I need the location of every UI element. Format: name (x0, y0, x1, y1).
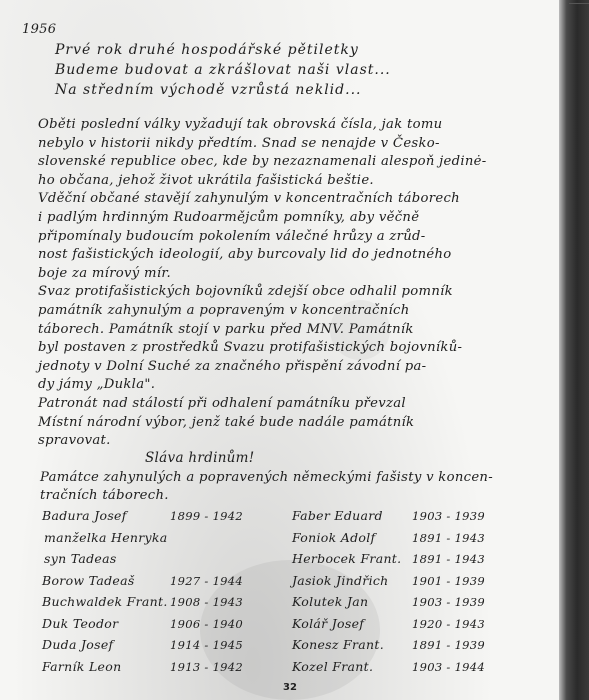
victim-years: 1891 - 1943 (412, 531, 485, 545)
paragraph-line: Svaz protifašistických bojovníků zdejší … (38, 284, 453, 299)
victim-years: 1891 - 1943 (412, 552, 485, 566)
chronicle-page: 1956 Prvé rok druhé hospodářské pětiletk… (0, 0, 562, 700)
victim-years: 1927 - 1944 (170, 574, 243, 588)
motto-line: Prvé rok druhé hospodářské pětiletky (55, 42, 359, 58)
victim-years: 1914 - 1945 (170, 638, 243, 652)
victim-years: 1903 - 1939 (412, 509, 485, 523)
victim-name: Konesz Frant. (292, 637, 384, 652)
binding-mark (569, 3, 589, 4)
motto-line: Budeme budovat a zkrášlovat naši vlast..… (55, 62, 391, 78)
victim-years: 1891 - 1939 (412, 638, 485, 652)
victim-name: Farník Leon (42, 659, 121, 674)
victim-years: 1906 - 1940 (170, 617, 243, 631)
paragraph-line: i padlým hrdinným Rudoarmějcům pomníky, … (38, 210, 419, 225)
victim-years: 1901 - 1939 (412, 574, 485, 588)
paragraph-line: jednoty v Dolní Suché za značného přispě… (38, 359, 426, 374)
paragraph-line: Místní národní výbor, jenž také bude nad… (38, 415, 414, 430)
victim-name: Buchwaldek Frant. (42, 594, 168, 609)
paragraph-line: památník zahynulým a popraveným v koncen… (38, 303, 410, 318)
victim-name: Foniok Adolf (292, 530, 375, 545)
victim-name: Duk Teodor (42, 616, 118, 631)
paragraph-line: připomínaly budoucím pokolením válečné h… (38, 229, 426, 244)
dedication-line: Památce zahynulých a popravených německý… (40, 470, 493, 485)
paragraph-line: Oběti poslední války vyžadují tak obrovs… (38, 117, 442, 132)
chronicle-year: 1956 (22, 22, 56, 37)
victim-name: Borow Tadeaš (42, 573, 135, 588)
victim-years: 1899 - 1942 (170, 509, 243, 523)
victim-name: Kozel Frant. (292, 659, 373, 674)
victim-years: 1908 - 1943 (170, 595, 243, 609)
victim-name: syn Tadeas (44, 551, 117, 566)
paragraph-line: táborech. Památník stojí v parku před MN… (38, 322, 414, 337)
paragraph-line: slovenské republice obec, kde by nezazna… (38, 154, 487, 169)
paragraph-line: ho občana, jehož život ukrátila fašistic… (38, 173, 374, 188)
paragraph-line: boje za mírový mír. (38, 266, 171, 281)
paragraph-line: Patronát nad stálostí při odhalení památ… (38, 396, 406, 411)
victim-name: Jasiok Jindřich (292, 573, 389, 588)
victim-years: 1920 - 1943 (412, 617, 485, 631)
victim-name: Badura Josef (42, 508, 127, 523)
victim-name: Faber Eduard (292, 508, 383, 523)
motto-line: Na středním východě vzrůstá neklid... (55, 82, 361, 98)
victim-name: Duda Josef (42, 637, 113, 652)
victim-name: Herbocek Frant. (292, 551, 401, 566)
paragraph-line: spravovat. (38, 433, 111, 448)
victim-years: 1903 - 1939 (412, 595, 485, 609)
victim-years: 1913 - 1942 (170, 660, 243, 674)
victim-name: Kolář Josef (292, 616, 364, 631)
closing-line: Sláva hrdinům! (145, 450, 255, 466)
paragraph-line: nost fašistických ideologií, aby burcova… (38, 247, 452, 262)
page-number: 32 (283, 682, 297, 693)
paragraph-line: dy jámy „Dukla". (38, 377, 155, 392)
victim-years: 1903 - 1944 (412, 660, 485, 674)
book-binding (559, 0, 589, 700)
victim-name: manželka Henryka (44, 530, 168, 545)
victim-name: Kolutek Jan (292, 594, 368, 609)
paragraph-line: Vděční občané stavějí zahynulým v koncen… (38, 191, 460, 206)
paragraph-line: nebylo v historii nikdy předtím. Snad se… (38, 136, 440, 151)
dedication-line: tračních táborech. (40, 488, 169, 503)
paragraph-line: byl postaven z prostředků Svazu protifaš… (38, 340, 462, 355)
